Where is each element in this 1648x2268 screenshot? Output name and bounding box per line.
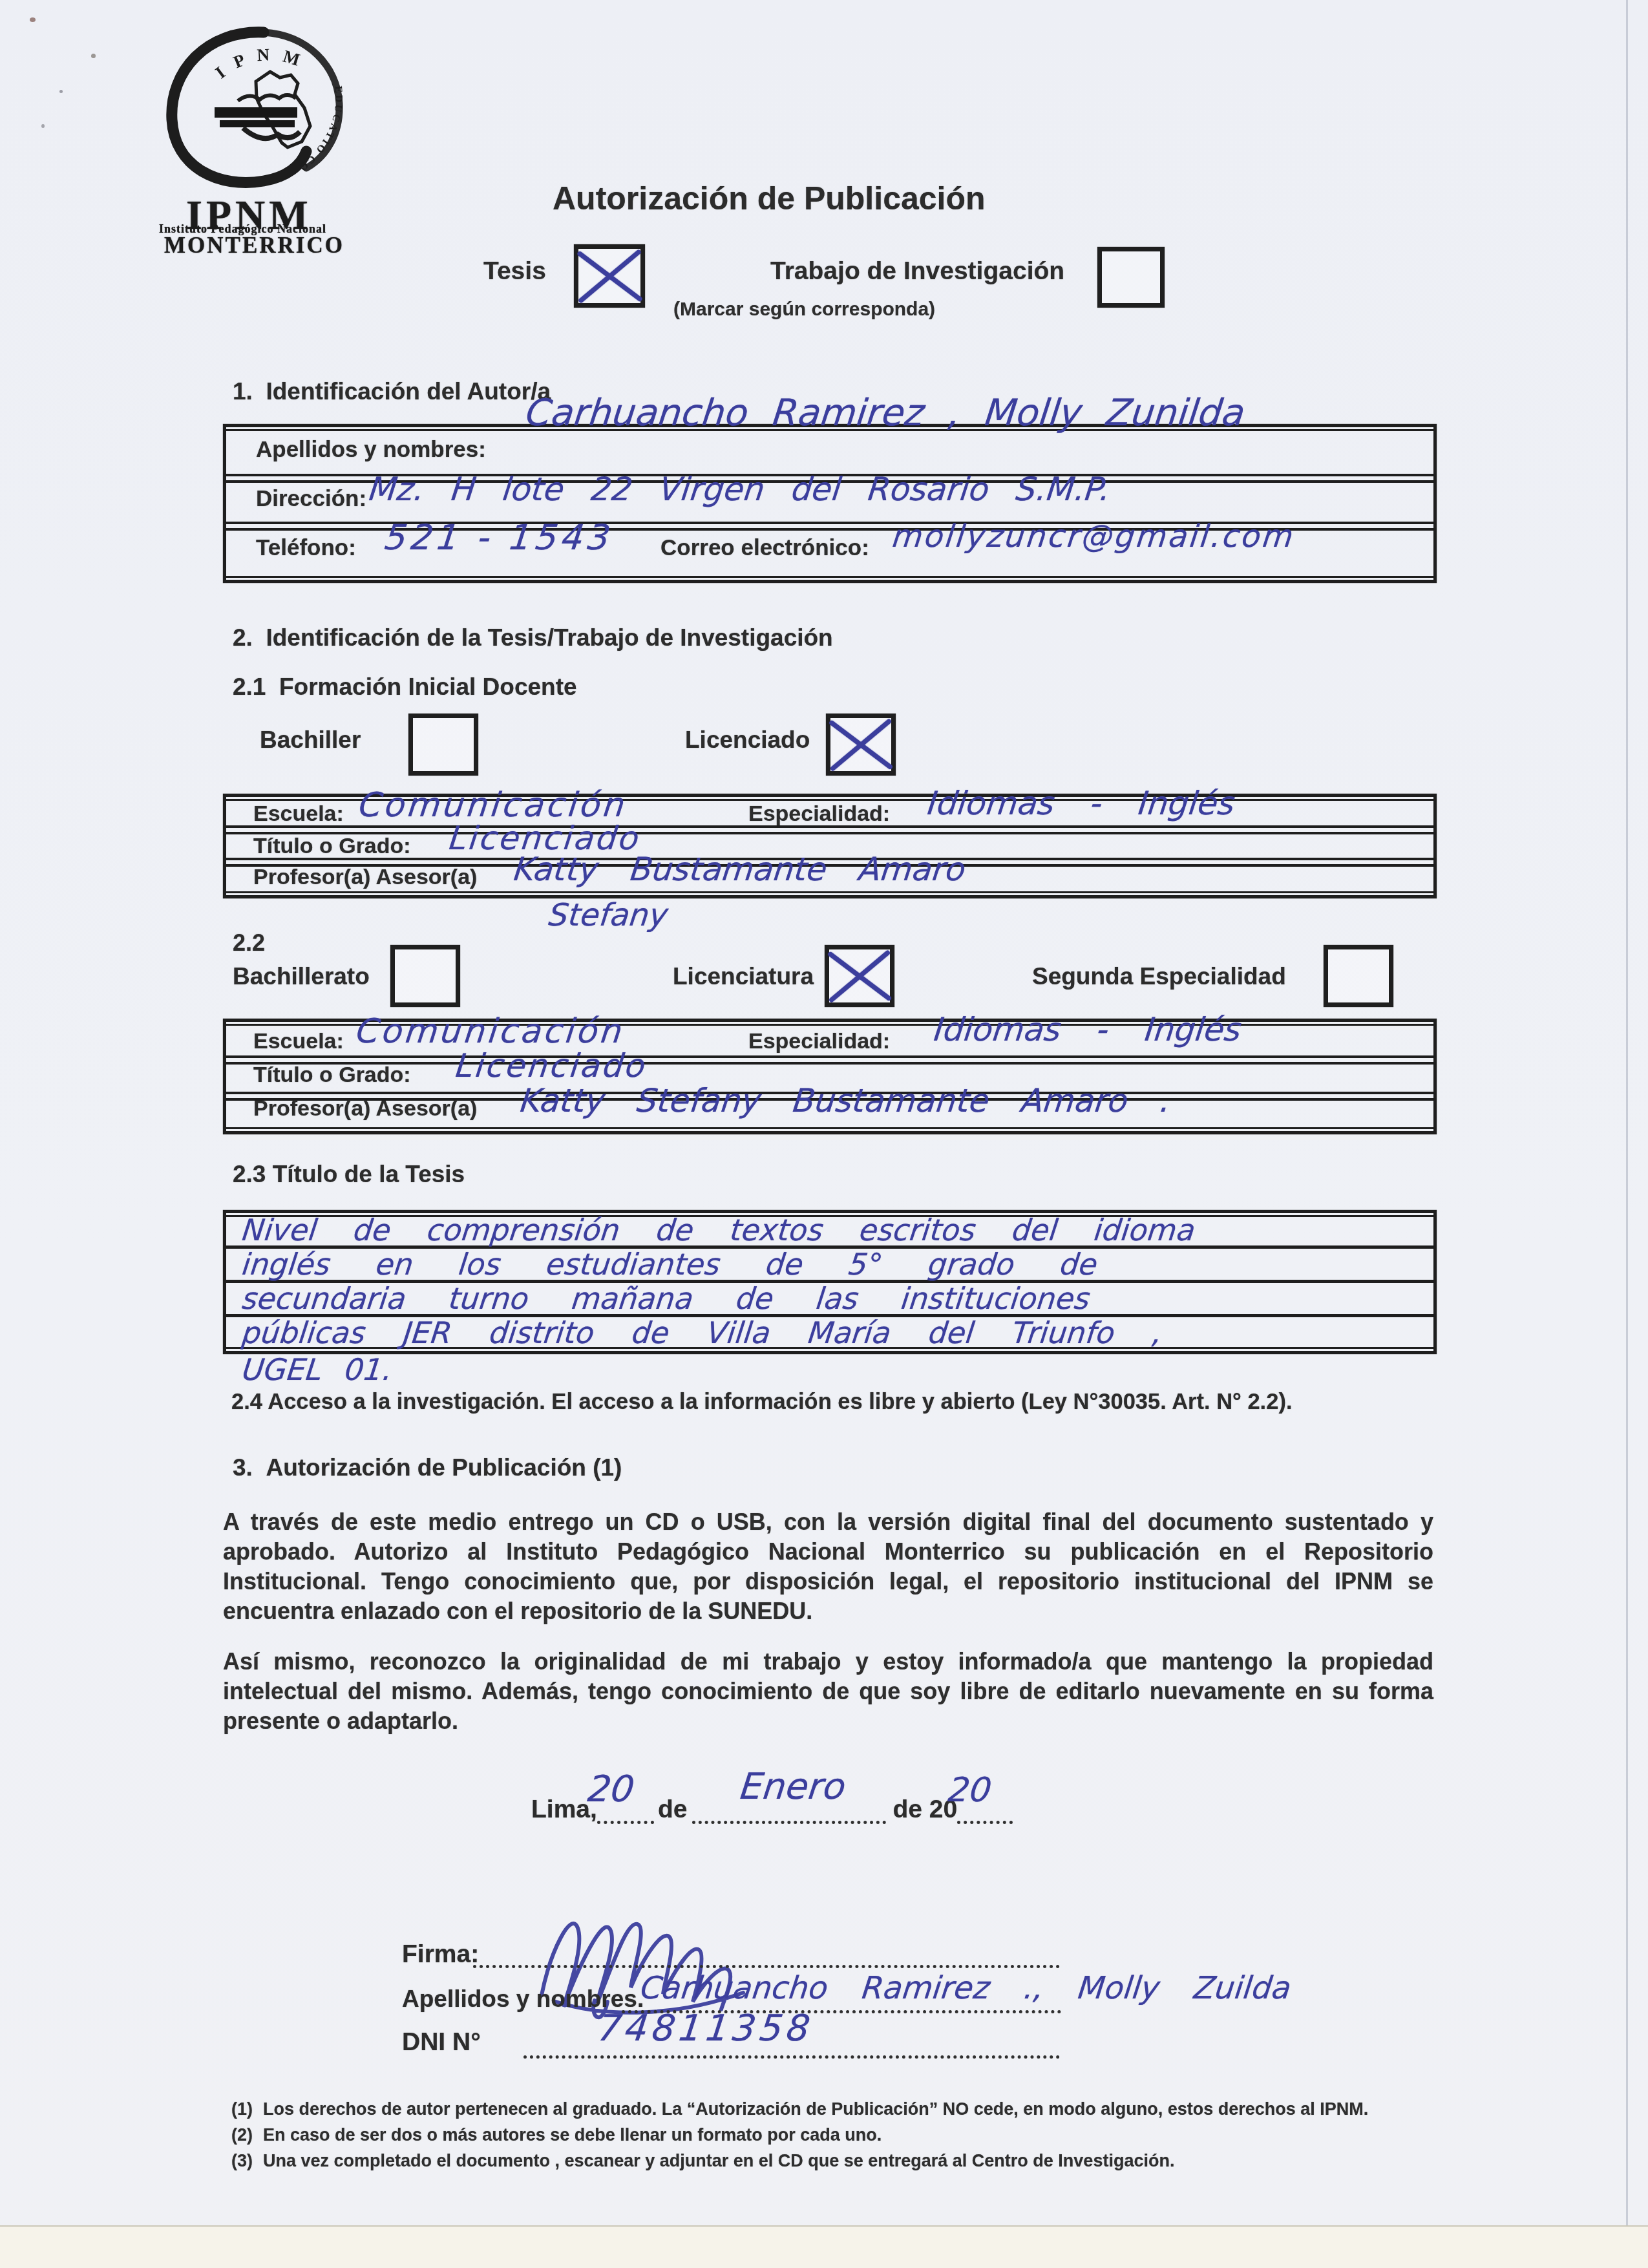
section3-heading: 3. Autorización de Publicación (1) bbox=[233, 1454, 622, 1481]
escuela-label-21: Escuela: bbox=[253, 801, 344, 827]
segunda-especialidad-label: Segunda Especialidad bbox=[1032, 963, 1286, 990]
firma-label: Firma: bbox=[402, 1940, 479, 1969]
tesis-checkbox[interactable] bbox=[574, 244, 645, 308]
profesor-value-22: Katty Stefany Bustamante Amaro . bbox=[518, 1082, 1173, 1119]
thesis-title-line: públicas JER distrito de Villa María del… bbox=[240, 1315, 1165, 1350]
trabajo-checkbox[interactable] bbox=[1097, 247, 1165, 308]
section2-num: 2. bbox=[233, 624, 253, 651]
date-month-value: Enero bbox=[738, 1766, 849, 1808]
correo-value: mollyzuncr@gmail.com bbox=[891, 518, 1297, 555]
scan-speck bbox=[91, 54, 96, 58]
x-mark-icon bbox=[830, 718, 891, 771]
firma-dotted-line bbox=[473, 1965, 1060, 1968]
direccion-value: Mz. H lote 22 Virgen del Rosario S.M.P. bbox=[367, 471, 1113, 508]
tesis-label: Tesis bbox=[483, 257, 546, 286]
footnote: (1) Los derechos de autor pertenecen al … bbox=[231, 2099, 1368, 2119]
x-mark-icon bbox=[578, 249, 640, 303]
segunda-especialidad-checkbox[interactable] bbox=[1324, 945, 1393, 1007]
scan-speck bbox=[41, 124, 45, 128]
footnote-text: En caso de ser dos o más autores se debe… bbox=[263, 2125, 882, 2145]
profesor-label-22: Profesor(a) Asesor(a) bbox=[253, 1096, 477, 1121]
scan-speck bbox=[30, 17, 36, 22]
licenciado-label: Licenciado bbox=[685, 726, 810, 754]
correo-label: Correo electrónico: bbox=[660, 535, 869, 561]
thesis-title-overflow: UGEL 01. bbox=[240, 1352, 394, 1387]
thesis-title-line: secundaria turno mañana de las instituci… bbox=[240, 1281, 1092, 1316]
scan-right-edge-line bbox=[1626, 0, 1628, 2225]
profesor-label-21: Profesor(a) Asesor(a) bbox=[253, 865, 477, 890]
dni-value: 74811358 bbox=[596, 2008, 816, 2050]
footnote-num: (3) bbox=[231, 2151, 253, 2171]
authorization-paragraph-1: A través de este medio entrego un CD o U… bbox=[223, 1507, 1433, 1626]
bachiller-checkbox[interactable] bbox=[408, 714, 478, 776]
dni-label: DNI N° bbox=[402, 2028, 481, 2057]
section1-heading: 1. Identificación del Autor/a bbox=[233, 378, 551, 405]
profesor-value-extra-21: Stefany bbox=[547, 897, 670, 933]
direccion-label: Dirección: bbox=[256, 486, 366, 512]
escuela-label-22: Escuela: bbox=[253, 1029, 344, 1054]
date-de1: de bbox=[658, 1796, 688, 1824]
footnote-num: (1) bbox=[231, 2099, 253, 2119]
logo-name: MONTERRICO bbox=[164, 233, 344, 259]
telefono-label: Teléfono: bbox=[256, 535, 356, 561]
section22-num: 2.2 bbox=[233, 929, 265, 957]
bachillerato-label: Bachillerato bbox=[233, 963, 370, 990]
ipnm-emblem: I P N M EDUCATIO CORDIS bbox=[160, 25, 361, 194]
section24-line: 2.4 Acceso a la investigación. El acceso… bbox=[231, 1390, 1292, 1415]
footnote: (2) En caso de ser dos o más autores se … bbox=[231, 2125, 882, 2145]
section21-num: 2.1 bbox=[233, 673, 266, 700]
footnote: (3) Una vez completado el documento , es… bbox=[231, 2151, 1174, 2171]
titulo-label-21: Título o Grado: bbox=[253, 834, 411, 859]
trabajo-label: Trabajo de Investigación bbox=[770, 257, 1064, 286]
scan-bottom-strip bbox=[0, 2225, 1648, 2268]
thesis-title-line: inglés en los estudiantes de 5° grado de bbox=[240, 1247, 1100, 1282]
scan-speck bbox=[59, 90, 63, 93]
footnote-text: Una vez completado el documento , escane… bbox=[263, 2151, 1174, 2171]
marcar-note: (Marcar según corresponda) bbox=[673, 299, 935, 321]
bachillerato-checkbox[interactable] bbox=[390, 945, 460, 1007]
escuela-value-22: Comunicación bbox=[354, 1012, 628, 1051]
especialidad-label-21: Especialidad: bbox=[748, 801, 890, 827]
especialidad-value-21: Idiomas - Inglés bbox=[925, 785, 1237, 822]
section3-num: 3. bbox=[233, 1454, 253, 1481]
authorization-paragraph-2: Así mismo, reconozco la originalidad de … bbox=[223, 1647, 1433, 1736]
date-day-value: 20 bbox=[586, 1768, 637, 1810]
dni-dotted-line bbox=[523, 2055, 1060, 2059]
titulo-label-22: Título o Grado: bbox=[253, 1063, 411, 1088]
page-title: Autorización de Publicación bbox=[553, 180, 986, 217]
sig-apellidos-value: Carhuancho Ramirez ., Molly Zuilda bbox=[639, 1970, 1293, 2006]
scanned-form-page: I P N M EDUCATIO CORDIS IPNM Instituto P… bbox=[0, 0, 1648, 2268]
date-year-value: 20 bbox=[946, 1771, 994, 1810]
thesis-title-line: Nivel de comprensión de textos escritos … bbox=[240, 1213, 1198, 1247]
footnote-num: (2) bbox=[231, 2125, 253, 2145]
apellidos-value: Carhuancho Ramirez , Molly Zunilda bbox=[523, 392, 1247, 434]
especialidad-label-22: Especialidad: bbox=[748, 1029, 890, 1054]
x-mark-icon bbox=[829, 949, 890, 1002]
section1-num: 1. bbox=[233, 378, 253, 405]
telefono-value: 521 - 1543 bbox=[383, 517, 617, 558]
licenciado-checkbox[interactable] bbox=[826, 714, 896, 776]
section21-heading: 2.1 Formación Inicial Docente bbox=[233, 673, 577, 701]
section2-heading: 2. Identificación de la Tesis/Trabajo de… bbox=[233, 624, 833, 652]
escuela-value-21: Comunicación bbox=[357, 786, 630, 825]
table-row-separator bbox=[225, 825, 1435, 834]
licenciatura-label: Licenciatura bbox=[673, 963, 814, 990]
bachiller-label: Bachiller bbox=[260, 726, 361, 754]
licenciatura-checkbox[interactable] bbox=[825, 945, 894, 1007]
footnote-text: Los derechos de autor pertenecen al grad… bbox=[263, 2099, 1368, 2119]
section23-heading: 2.3 Título de la Tesis bbox=[233, 1161, 465, 1188]
titulo-value-22: Licenciado bbox=[454, 1047, 650, 1085]
apellidos-label: Apellidos y nombres: bbox=[256, 437, 486, 463]
especialidad-value-22: Idiomas - Inglés bbox=[932, 1011, 1243, 1048]
profesor-value-21: Katty Bustamante Amaro bbox=[512, 851, 968, 888]
